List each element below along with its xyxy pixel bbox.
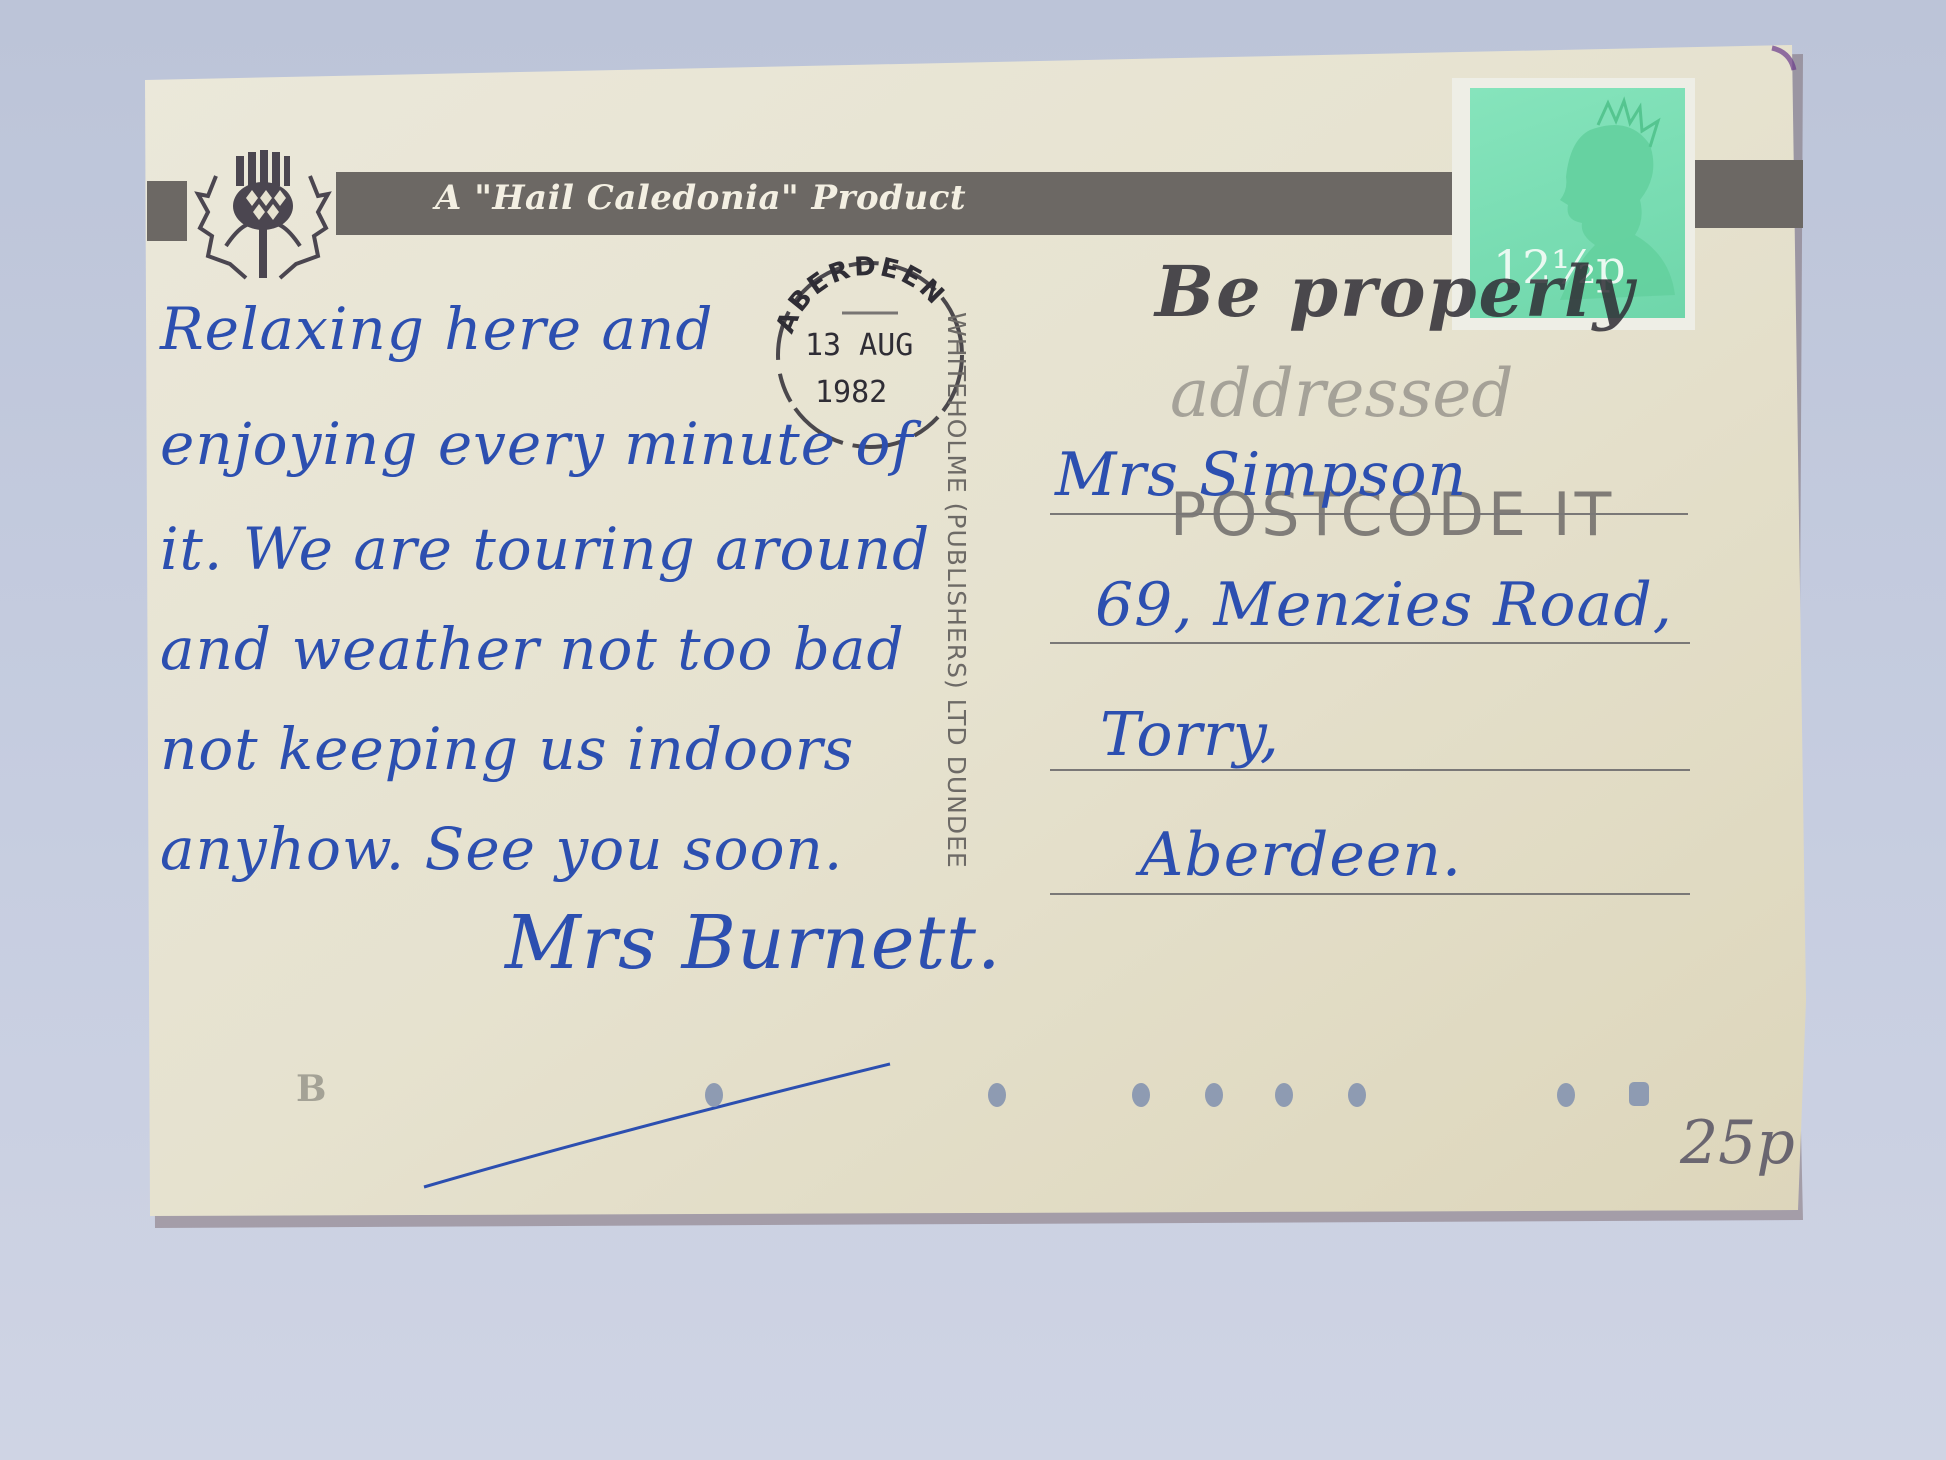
postmark-year: 1982 — [815, 375, 887, 410]
postmark-date: 13 AUG — [805, 328, 913, 363]
slogan-line-1: Be properly — [1155, 250, 1635, 333]
postcode-dot — [1132, 1083, 1150, 1107]
postcode-dot — [1348, 1083, 1366, 1107]
postcode-square — [1629, 1082, 1649, 1106]
postcard-back: A "Hail Caledonia" Product 12½p — [0, 0, 1946, 1460]
address-line-2: 69, Menzies Road, — [1095, 570, 1673, 640]
address-rule-1 — [1050, 513, 1688, 515]
svg-text:ABERDEEN: ABERDEEN — [771, 252, 952, 338]
banner-band-left — [147, 181, 187, 241]
message-line-6: anyhow. See you soon. — [160, 815, 843, 883]
address-line-1: Mrs Simpson — [1055, 440, 1467, 510]
postcode-dot — [988, 1083, 1006, 1107]
message-line-2: enjoying every minute of — [160, 410, 914, 478]
message-line-1: Relaxing here and — [160, 295, 714, 363]
message-line-5: not keeping us indoors — [160, 715, 854, 783]
postcode-dot — [705, 1083, 723, 1107]
postcode-dot — [1557, 1083, 1575, 1107]
postmark-town: ABERDEEN — [771, 252, 952, 338]
signature: Mrs Burnett. — [505, 900, 1002, 986]
publisher-imprint: WHITEHOLME (PUBLISHERS) LTD DUNDEE — [942, 312, 971, 869]
message-line-3: it. We are touring around — [160, 515, 930, 583]
address-line-4: Aberdeen. — [1140, 820, 1462, 890]
address-rule-4 — [1050, 893, 1690, 895]
address-rule-2 — [1050, 642, 1690, 644]
banner-band-right — [1690, 160, 1803, 228]
message-line-4: and weather not too bad — [160, 615, 905, 683]
print-mark: B — [296, 1068, 326, 1110]
thistle-logo-icon — [186, 136, 340, 282]
postcode-dot — [1205, 1083, 1223, 1107]
pencil-price-note: 25p — [1680, 1108, 1795, 1178]
address-line-3: Torry, — [1100, 700, 1280, 770]
postcode-dot — [1275, 1083, 1293, 1107]
slogan-line-2: addressed — [1170, 355, 1514, 432]
banner-text: A "Hail Caledonia" Product — [435, 178, 966, 218]
